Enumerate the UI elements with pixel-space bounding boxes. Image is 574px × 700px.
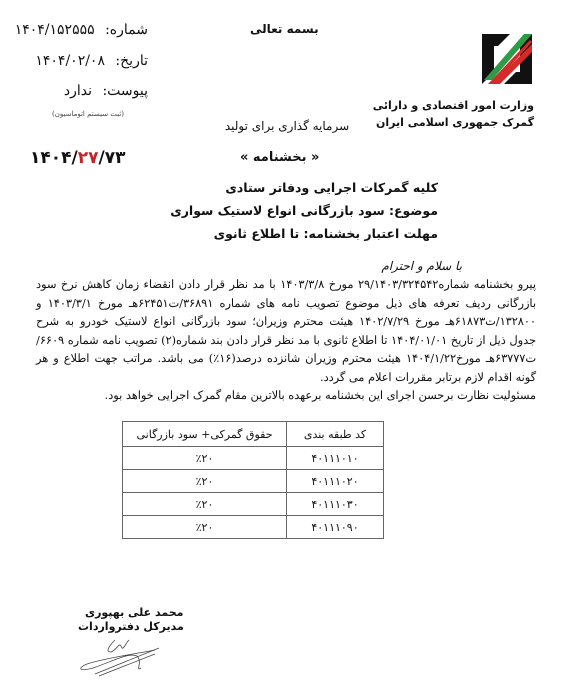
letter-number-value: ۱۴۰۴/۱۵۲۵۵۵ (15, 22, 95, 38)
table-row: ۴۰۱۱۱۰۹۰ ٪۲۰ (123, 516, 384, 539)
letter-number: شماره: ۱۴۰۴/۱۵۲۵۵۵ (15, 22, 148, 38)
body-paragraph-1: پیرو بخشنامه شماره۲۹/۱۴۰۳/۳۲۴۵۴۲ مورخ ۱۴… (36, 276, 536, 387)
table-header-row: کد طبقه بندی حقوق گمرکی+ سود بازرگانی (123, 422, 384, 447)
signatory-name: محمد علی بهپوری (85, 606, 183, 619)
signature-icon (75, 632, 165, 687)
circular-number: ۱۴۰۴/۲۷/۷۳ (30, 148, 125, 168)
header-code: کد طبقه بندی (287, 422, 384, 447)
table-row: ۴۰۱۱۱۰۲۰ ٪۲۰ (123, 470, 384, 493)
bismillah-heading: بسمه تعالی (250, 22, 319, 36)
cell-rate: ٪۲۰ (123, 516, 287, 539)
validity: مهلت اعتبار بخشنامه: تا اطلاع ثانوی (214, 226, 438, 241)
tariff-table: کد طبقه بندی حقوق گمرکی+ سود بازرگانی ۴۰… (122, 421, 384, 539)
letter-date-value: ۱۴۰۴/۰۲/۰۸ (35, 53, 105, 69)
subject: موضوع: سود بازرگانی انواع لاستیک سواری (170, 203, 438, 218)
recipients: کلیه گمرکات اجرایی ودفاتر ستادی (225, 180, 438, 195)
table-row: ۴۰۱۱۱۰۳۰ ٪۲۰ (123, 493, 384, 516)
ministry-name: وزارت امور اقتصادی و دارائی (373, 99, 534, 112)
cell-code: ۴۰۱۱۱۰۳۰ (287, 493, 384, 516)
customs-logo-icon (478, 30, 536, 88)
cell-rate: ٪۲۰ (123, 470, 287, 493)
cell-rate: ٪۲۰ (123, 447, 287, 470)
salutation: با سلام و احترام (381, 259, 462, 273)
letter-date: تاریخ: ۱۴۰۴/۰۲/۰۸ (35, 53, 148, 69)
table-row: ۴۰۱۱۱۰۱۰ ٪۲۰ (123, 447, 384, 470)
body-paragraph-2: مسئولیت نظارت برحسن اجرای این بخشنامه بر… (36, 387, 536, 406)
cell-code: ۴۰۱۱۱۰۹۰ (287, 516, 384, 539)
cell-code: ۴۰۱۱۱۰۲۰ (287, 470, 384, 493)
letter-attachment-label: پیوست: (102, 83, 148, 99)
circular-number-suffix: /۷۳ (98, 148, 125, 168)
circular-number-prefix: ۱۴۰۴/ (30, 148, 78, 168)
cell-rate: ٪۲۰ (123, 493, 287, 516)
system-note: (ثبت سیستم اتوماسیون) (52, 110, 124, 118)
letter-date-label: تاریخ: (115, 53, 148, 69)
header-rate: حقوق گمرکی+ سود بازرگانی (123, 422, 287, 447)
letter-attachment-value: ندارد (64, 83, 92, 99)
circular-title: « بخشنامه » (240, 150, 319, 165)
slogan: سرمایه گذاری برای تولید (0, 119, 574, 133)
letter-number-label: شماره: (105, 22, 148, 38)
letter-attachment: پیوست: ندارد (64, 83, 148, 99)
circular-number-mid: ۲۷ (78, 148, 99, 168)
cell-code: ۴۰۱۱۱۰۱۰ (287, 447, 384, 470)
body-text: پیرو بخشنامه شماره۲۹/۱۴۰۳/۳۲۴۵۴۲ مورخ ۱۴… (36, 276, 536, 406)
